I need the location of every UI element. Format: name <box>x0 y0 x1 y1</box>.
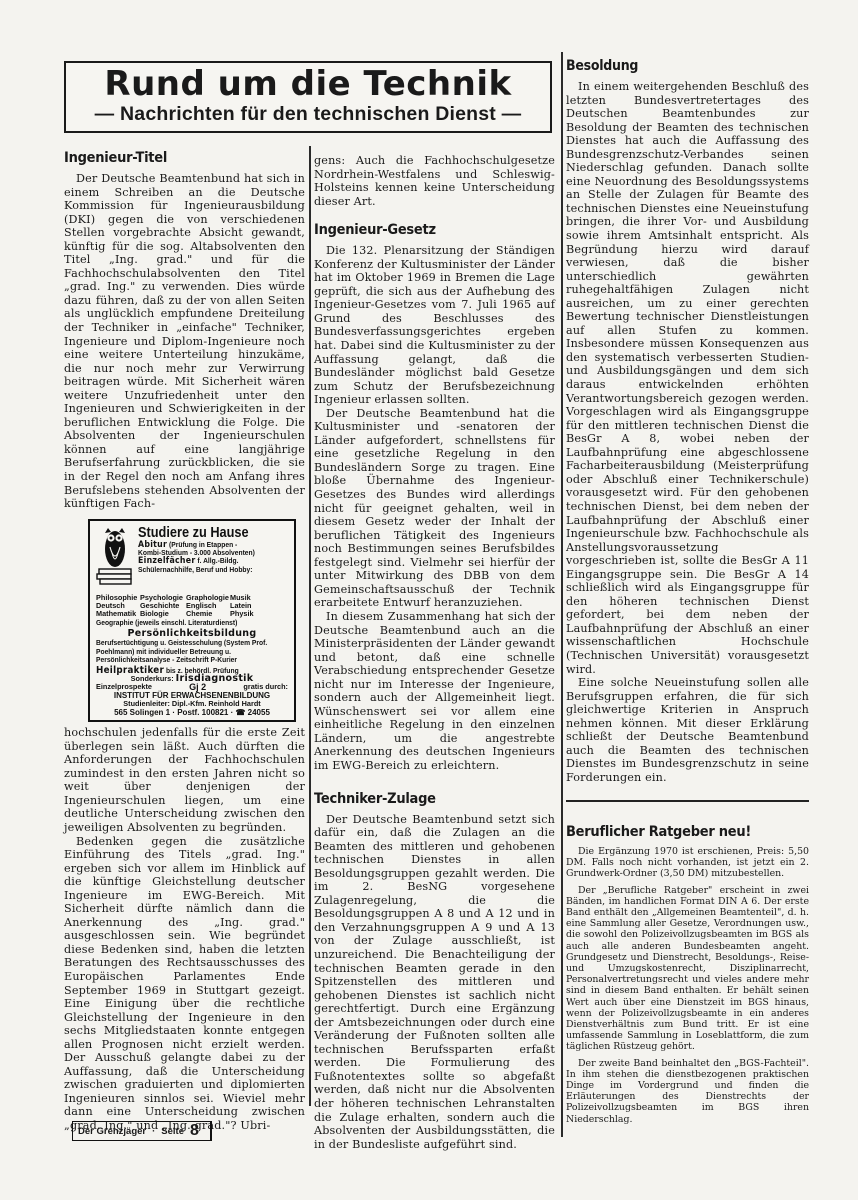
article-paragraph: In einem weitergehenden Beschluß des let… <box>566 80 809 676</box>
article-paragraph: hochschulen jedenfalls für die erste Zei… <box>64 726 305 834</box>
article-paragraph: In diesem Zusammenhang hat sich der Deut… <box>314 610 555 773</box>
newspaper-page: Rund um die Technik — Nachrichten für de… <box>0 0 858 1200</box>
article-paragraph: Der „Berufliche Ratgeber" erscheint in z… <box>566 885 809 1053</box>
owl-on-books-icon <box>96 525 134 592</box>
article-paragraph: Der Deutsche Beamtenbund setzt sich dafü… <box>314 813 555 1152</box>
page-number: 8 <box>190 1122 199 1140</box>
section-divider <box>566 800 809 802</box>
ad-text: Berufsertüchtigung u. Geistesschulung (S… <box>96 639 273 664</box>
article-paragraph: gens: Auch die Fachhochschulgesetze Nord… <box>314 154 555 208</box>
column-divider <box>561 52 563 1137</box>
column-2: gens: Auch die Fachhochschulgesetze Nord… <box>314 154 555 1151</box>
page-label: Seite <box>161 1126 184 1137</box>
article-heading-techniker-zulage: Techniker-Zulage <box>314 791 531 807</box>
column-divider <box>309 146 311 1106</box>
page-title: Rund um die Technik <box>66 66 550 102</box>
advertisement-box: Studiere zu Hause Abitur (Prüfung in Eta… <box>88 519 296 722</box>
article-paragraph: Der Deutsche Beamtenbund hat sich in ein… <box>64 172 305 511</box>
column-3: Besoldung In einem weitergehenden Beschl… <box>566 58 809 1125</box>
ad-text: Schülernachhilfe, Beruf und Hobby: <box>138 566 255 574</box>
footer-separator: · <box>152 1126 155 1137</box>
ad-heil-label: Heilpraktiker <box>96 665 164 676</box>
page-subtitle: — Nachrichten für den technischen Dienst… <box>66 102 550 126</box>
article-paragraph: Der zweite Band beinhaltet den „BGS-Fach… <box>566 1058 809 1125</box>
masthead: Rund um die Technik — Nachrichten für de… <box>64 61 552 133</box>
article-heading-besoldung: Besoldung <box>566 58 785 74</box>
column-1: Ingenieur-Titel Der Deutsche Beamtenbund… <box>64 150 305 1133</box>
article-heading-ingenieur-gesetz: Ingenieur-Gesetz <box>314 222 531 238</box>
ad-subject: Geographie (jeweils einschl. Literaturdi… <box>96 619 273 627</box>
article-paragraph: Die Ergänzung 1970 ist erschienen, Preis… <box>566 846 809 880</box>
article-heading-ingenieur-titel: Ingenieur-Titel <box>64 150 281 166</box>
ad-subjects-grid: Philosophie Psychologie Graphologie Musi… <box>96 594 288 619</box>
ad-headline: Studiere zu Hause <box>138 525 250 541</box>
page-footer: Der Grenzjäger · Seite 8 <box>72 1121 212 1141</box>
ad-text: bis z. behördl. Prüfung <box>166 666 239 675</box>
article-paragraph: Die 132. Plenarsitzung der Ständigen Kon… <box>314 244 555 407</box>
ad-address: 565 Solingen 1 · Postf. 100821 · ☎ 24055 <box>96 709 288 717</box>
article-paragraph: Bedenken gegen die zusätzliche Einführun… <box>64 835 305 1133</box>
article-paragraph: Der Deutsche Beamtenbund hat die Kultusm… <box>314 407 555 610</box>
publication-name: Der Grenzjäger <box>78 1126 146 1137</box>
article-heading-ratgeber: Beruflicher Ratgeber neu! <box>566 824 785 840</box>
article-paragraph: Eine solche Neueinstufung sollen alle Be… <box>566 676 809 784</box>
